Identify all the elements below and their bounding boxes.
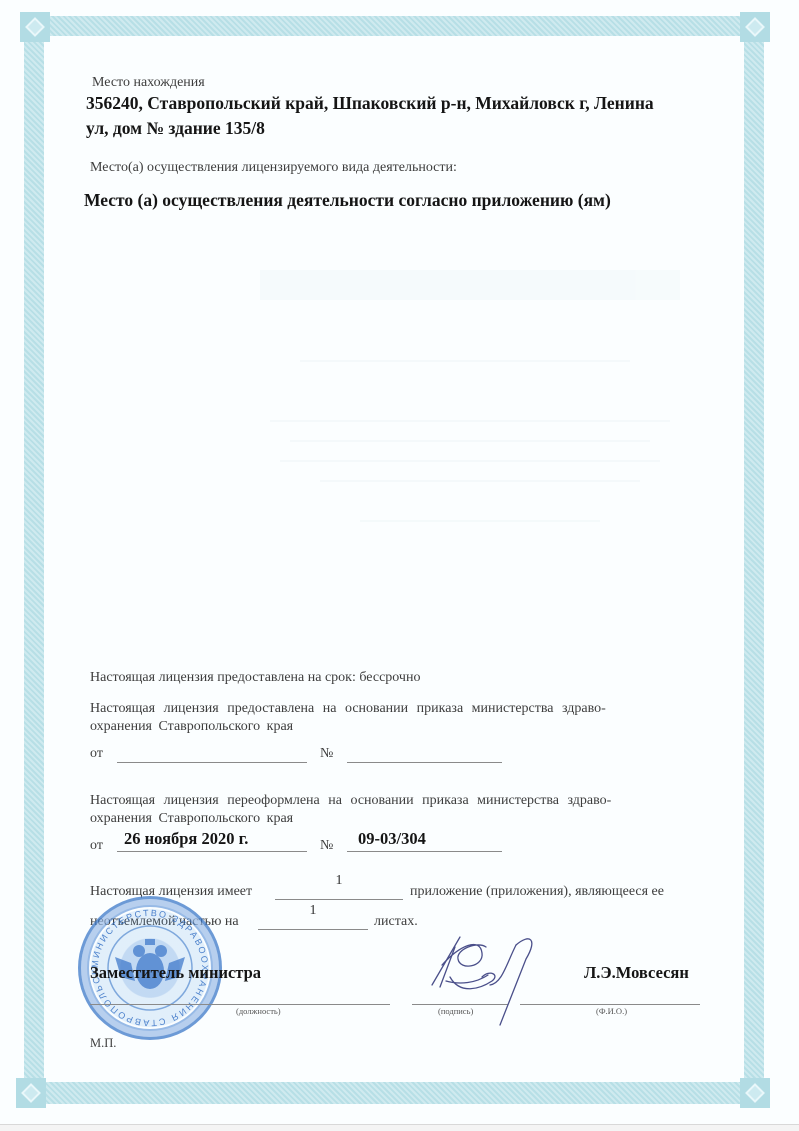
name-caption: (Ф.И.О.) bbox=[596, 1006, 627, 1016]
corner-ornament-icon bbox=[20, 12, 50, 42]
reissued-date-value: 26 ноября 2020 г. bbox=[124, 829, 248, 849]
reissued-basis-line2: охранения Ставропольского края bbox=[90, 811, 293, 827]
reissued-number-field bbox=[347, 851, 502, 852]
page-edge bbox=[0, 1124, 799, 1131]
appendix-sheets-after: листах. bbox=[374, 914, 418, 930]
signatory-position: Заместитель министра bbox=[90, 963, 261, 983]
handwritten-signature-icon bbox=[420, 925, 550, 1030]
appendix-sheets-value: 1 bbox=[258, 903, 368, 919]
corner-ornament-icon bbox=[740, 12, 770, 42]
activity-place-value: Место (а) осуществления деятельности сог… bbox=[84, 190, 611, 211]
reissued-basis-line1: Настоящая лицензия переоформлена на осно… bbox=[90, 793, 714, 809]
appendix-count-value: 1 bbox=[275, 873, 403, 889]
activity-place-label: Место(а) осуществления лицензируемого ви… bbox=[90, 160, 457, 176]
border-left bbox=[24, 28, 44, 1094]
location-address-line2: ул, дом № здание 135/8 bbox=[86, 118, 265, 139]
position-caption: (должность) bbox=[236, 1006, 281, 1016]
location-address-line1: 356240, Ставропольский край, Шпаковский … bbox=[86, 93, 654, 114]
granted-number-label: № bbox=[320, 746, 333, 762]
granted-basis-line1: Настоящая лицензия предоставлена на осно… bbox=[90, 701, 714, 717]
border-bottom bbox=[34, 1082, 750, 1104]
granted-date-field bbox=[117, 762, 307, 763]
appendix-count-field bbox=[275, 899, 403, 900]
corner-ornament-icon bbox=[16, 1078, 46, 1108]
appendix-text-after: приложение (приложения), являющееся ее bbox=[410, 884, 664, 900]
background-watermark bbox=[240, 250, 700, 550]
appendix-text-before: Настоящая лицензия имеет bbox=[90, 884, 252, 900]
corner-ornament-icon bbox=[740, 1078, 770, 1108]
reissued-date-field bbox=[117, 851, 307, 852]
appendix-sheets-field bbox=[258, 929, 368, 930]
granted-number-field bbox=[347, 762, 502, 763]
position-field bbox=[90, 1004, 390, 1005]
reissued-from-label: от bbox=[90, 838, 103, 854]
license-term: Настоящая лицензия предоставлена на срок… bbox=[90, 670, 420, 686]
reissued-number-value: 09-03/304 bbox=[358, 829, 426, 849]
border-right bbox=[744, 28, 764, 1094]
seal-place-label: М.П. bbox=[90, 1036, 116, 1051]
location-label: Место нахождения bbox=[92, 75, 205, 91]
license-page: Место нахождения 356240, Ставропольский … bbox=[0, 0, 799, 1131]
granted-basis-line2: охранения Ставропольского края bbox=[90, 719, 293, 735]
granted-from-label: от bbox=[90, 746, 103, 762]
reissued-number-label: № bbox=[320, 838, 333, 854]
signatory-name: Л.Э.Мовсесян bbox=[584, 963, 689, 983]
border-top bbox=[34, 16, 750, 36]
